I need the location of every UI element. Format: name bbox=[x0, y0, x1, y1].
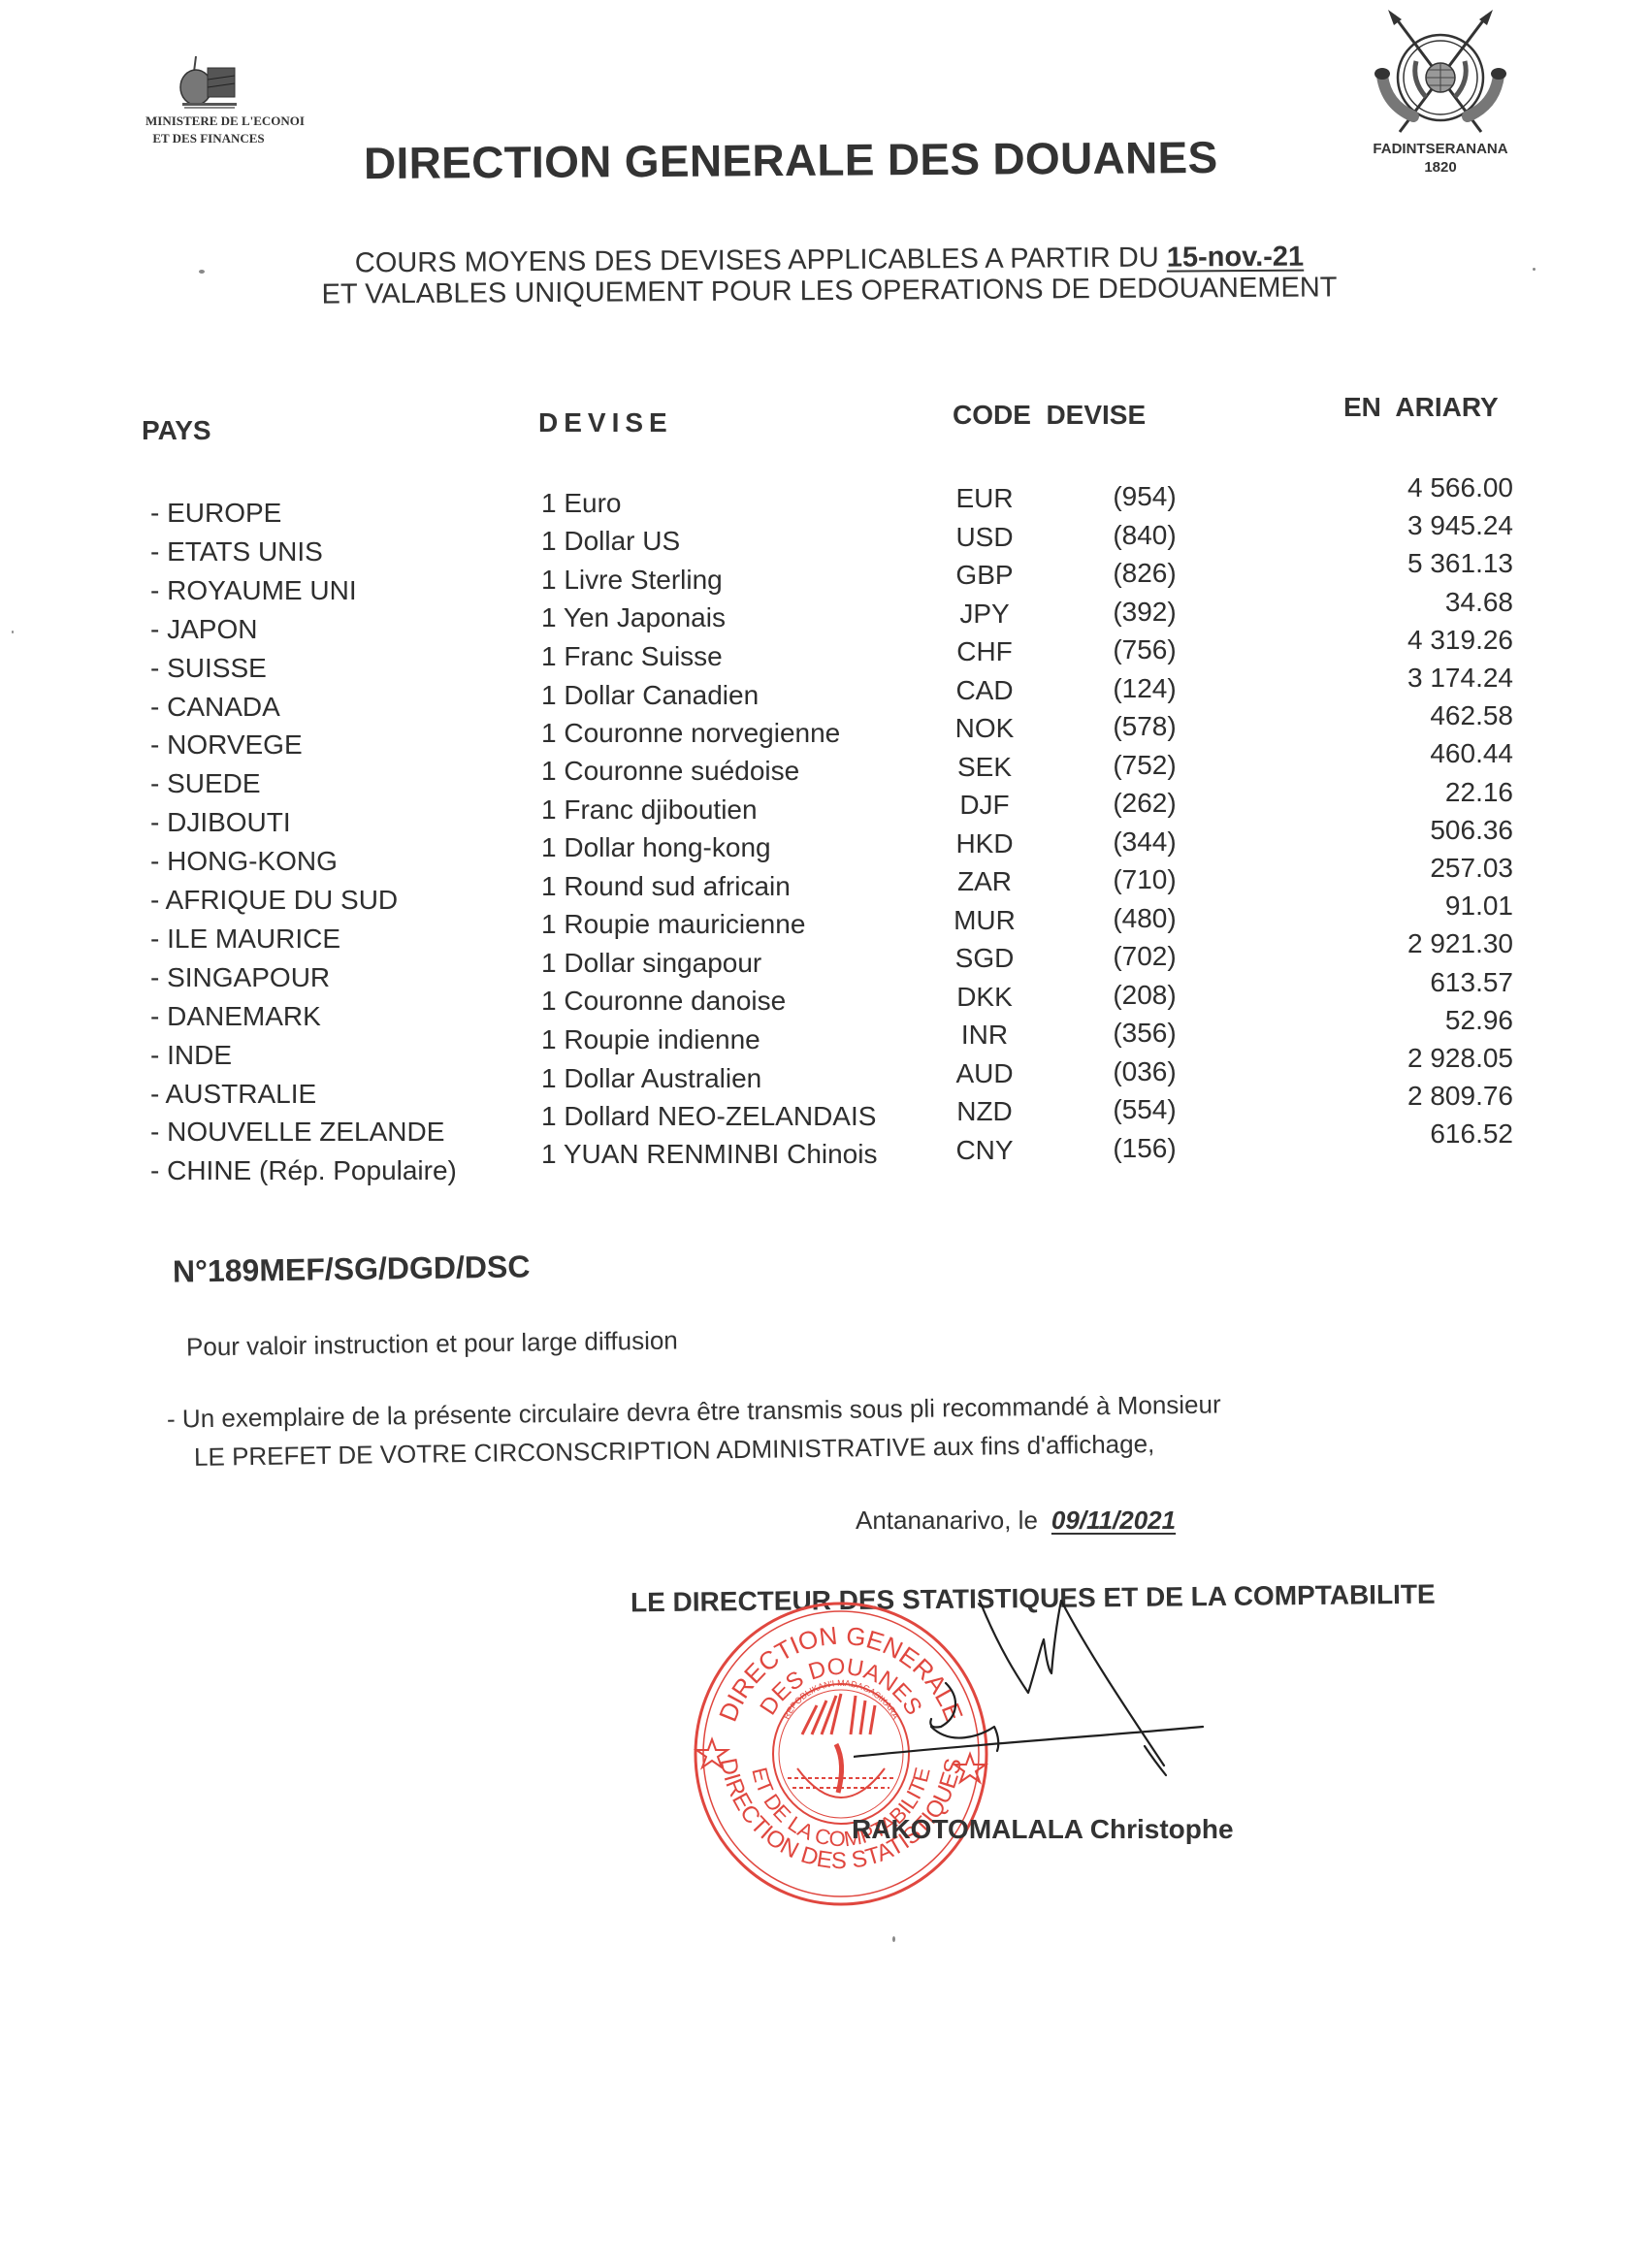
cell-code: HKD bbox=[951, 828, 1018, 859]
cell-code: MUR bbox=[951, 905, 1018, 936]
cell-numeric-code: (840) bbox=[1101, 520, 1188, 551]
cell-ariary-rate: 5 361.13 bbox=[1319, 548, 1513, 579]
cell-ariary-rate: 2 928.05 bbox=[1319, 1043, 1513, 1074]
cell-numeric-code: (036) bbox=[1101, 1056, 1188, 1087]
distribution-paragraph-line2: LE PREFET DE VOTRE CIRCONSCRIPTION ADMIN… bbox=[194, 1429, 1155, 1473]
cell-code: DJF bbox=[951, 790, 1018, 821]
coat-of-arms-emblem-icon bbox=[1373, 8, 1508, 134]
cell-ariary-rate: 2 921.30 bbox=[1319, 928, 1513, 959]
cell-devise: 1 Dollar US bbox=[541, 526, 680, 557]
cell-code: CHF bbox=[951, 636, 1018, 667]
cell-numeric-code: (954) bbox=[1101, 481, 1188, 512]
distribution-paragraph-line1: - Un exemplaire de la présente circulair… bbox=[167, 1389, 1221, 1434]
cell-code: SEK bbox=[951, 752, 1018, 783]
cell-code: AUD bbox=[951, 1058, 1018, 1089]
cell-ariary-rate: 52.96 bbox=[1319, 1005, 1513, 1036]
document-title: DIRECTION GENERALE DES DOUANES bbox=[364, 131, 1218, 189]
cell-devise: 1 Euro bbox=[541, 488, 622, 519]
scan-speck bbox=[892, 1936, 895, 1942]
ministry-name-line1: MINISTERE DE L'ECONOI bbox=[145, 114, 272, 128]
cell-code: CAD bbox=[951, 675, 1018, 706]
cell-ariary-rate: 506.36 bbox=[1319, 815, 1513, 846]
coat-of-arms-year: 1820 bbox=[1353, 159, 1528, 176]
table-row: - CHINE (Rép. Populaire)1 YUAN RENMINBI … bbox=[0, 1136, 1649, 1173]
cell-devise: 1 Dollar Australien bbox=[541, 1063, 761, 1094]
cell-pays: - EUROPE bbox=[150, 498, 281, 529]
cell-code: ZAR bbox=[951, 866, 1018, 897]
coat-of-arms: FADINTSERANANA 1820 bbox=[1353, 8, 1528, 176]
cell-devise: 1 Livre Sterling bbox=[541, 565, 723, 596]
signatory-name: RAKOTOMALALA Christophe bbox=[852, 1814, 1234, 1845]
exchange-rate-table: - EUROPE1 EuroEUR(954)4 566.00- ETATS UN… bbox=[0, 0, 1649, 2268]
cell-code: DKK bbox=[951, 982, 1018, 1013]
cell-numeric-code: (392) bbox=[1101, 597, 1188, 628]
place: Antananarivo, le bbox=[856, 1506, 1038, 1535]
cell-ariary-rate: 4 319.26 bbox=[1319, 625, 1513, 656]
ministry-logo: MINISTERE DE L'ECONOI ET DES FINANCES bbox=[145, 50, 272, 146]
cell-pays: - ETATS UNIS bbox=[150, 536, 323, 567]
cell-numeric-code: (702) bbox=[1101, 941, 1188, 972]
ministry-name-line2: ET DES FINANCES bbox=[145, 132, 272, 146]
cell-numeric-code: (554) bbox=[1101, 1094, 1188, 1125]
ministry-emblem-icon bbox=[175, 50, 242, 111]
column-header-en-ariary: EN ARIARY bbox=[1343, 392, 1499, 423]
cell-code: JPY bbox=[951, 599, 1018, 630]
column-header-code-devise: CODE DEVISE bbox=[953, 400, 1146, 431]
cell-ariary-rate: 22.16 bbox=[1319, 777, 1513, 808]
cell-numeric-code: (752) bbox=[1101, 750, 1188, 781]
subtitle-line2: ET VALABLES UNIQUEMENT POUR LES OPERATIO… bbox=[281, 272, 1377, 311]
cell-devise: 1 Franc Suisse bbox=[541, 641, 723, 672]
circular-reference-number: N°189MEF/SG/DGD/DSC bbox=[173, 1248, 531, 1289]
cell-ariary-rate: 2 809.76 bbox=[1319, 1081, 1513, 1112]
cell-devise: 1 Round sud africain bbox=[541, 871, 791, 902]
cell-ariary-rate: 613.57 bbox=[1319, 967, 1513, 998]
cell-ariary-rate: 91.01 bbox=[1319, 891, 1513, 922]
scan-speck bbox=[199, 270, 205, 274]
cell-devise: 1 Dollar singapour bbox=[541, 948, 761, 979]
cell-ariary-rate: 462.58 bbox=[1319, 700, 1513, 731]
cell-devise: 1 Dollard NEO-ZELANDAIS bbox=[541, 1101, 876, 1132]
cell-code: NZD bbox=[951, 1096, 1018, 1127]
cell-code: CNY bbox=[951, 1135, 1018, 1166]
cell-ariary-rate: 616.52 bbox=[1319, 1118, 1513, 1150]
cell-numeric-code: (208) bbox=[1101, 980, 1188, 1011]
column-header-devise: DEVISE bbox=[538, 407, 673, 438]
cell-code: GBP bbox=[951, 560, 1018, 591]
cell-devise: 1 Couronne suédoise bbox=[541, 756, 799, 787]
cell-devise: 1 Yen Japonais bbox=[541, 602, 726, 633]
cell-numeric-code: (826) bbox=[1101, 558, 1188, 589]
column-header-pays: PAYS bbox=[142, 415, 211, 446]
signature-date: 09/11/2021 bbox=[1051, 1506, 1176, 1535]
effective-date: 15-nov.-21 bbox=[1167, 242, 1305, 274]
cell-numeric-code: (262) bbox=[1101, 788, 1188, 819]
cell-devise: 1 YUAN RENMINBI Chinois bbox=[541, 1139, 877, 1170]
cell-pays: - CHINE (Rép. Populaire) bbox=[150, 1155, 457, 1186]
cell-code: SGD bbox=[951, 943, 1018, 974]
cell-devise: 1 Couronne norvegienne bbox=[541, 718, 840, 749]
cell-code: EUR bbox=[951, 483, 1018, 514]
cell-code: INR bbox=[951, 1020, 1018, 1051]
cell-devise: 1 Dollar Canadien bbox=[541, 680, 759, 711]
coat-of-arms-motto: FADINTSERANANA bbox=[1353, 141, 1528, 157]
cell-ariary-rate: 460.44 bbox=[1319, 738, 1513, 769]
cell-ariary-rate: 257.03 bbox=[1319, 853, 1513, 884]
cell-ariary-rate: 3 174.24 bbox=[1319, 663, 1513, 694]
cell-ariary-rate: 34.68 bbox=[1319, 587, 1513, 618]
cell-devise: 1 Franc djiboutien bbox=[541, 794, 758, 826]
handwritten-signature bbox=[854, 1591, 1242, 1804]
cell-code: NOK bbox=[951, 713, 1018, 744]
instruction-note: Pour valoir instruction et pour large di… bbox=[186, 1325, 678, 1362]
cell-ariary-rate: 3 945.24 bbox=[1319, 510, 1513, 541]
place-and-date: Antananarivo, le09/11/2021 bbox=[856, 1506, 1176, 1536]
scan-speck bbox=[12, 631, 14, 633]
cell-devise: 1 Roupie mauricienne bbox=[541, 909, 805, 940]
signature-stroke-icon bbox=[854, 1591, 1242, 1804]
cell-numeric-code: (710) bbox=[1101, 864, 1188, 895]
scan-speck bbox=[1533, 268, 1536, 271]
cell-numeric-code: (756) bbox=[1101, 634, 1188, 665]
cell-numeric-code: (344) bbox=[1101, 826, 1188, 858]
cell-code: USD bbox=[951, 522, 1018, 553]
cell-numeric-code: (156) bbox=[1101, 1133, 1188, 1164]
cell-devise: 1 Dollar hong-kong bbox=[541, 832, 771, 863]
cell-devise: 1 Couronne danoise bbox=[541, 986, 786, 1017]
cell-numeric-code: (480) bbox=[1101, 903, 1188, 934]
cell-numeric-code: (124) bbox=[1101, 673, 1188, 704]
cell-numeric-code: (356) bbox=[1101, 1018, 1188, 1049]
cell-ariary-rate: 4 566.00 bbox=[1319, 472, 1513, 503]
cell-numeric-code: (578) bbox=[1101, 711, 1188, 742]
cell-devise: 1 Roupie indienne bbox=[541, 1024, 760, 1055]
